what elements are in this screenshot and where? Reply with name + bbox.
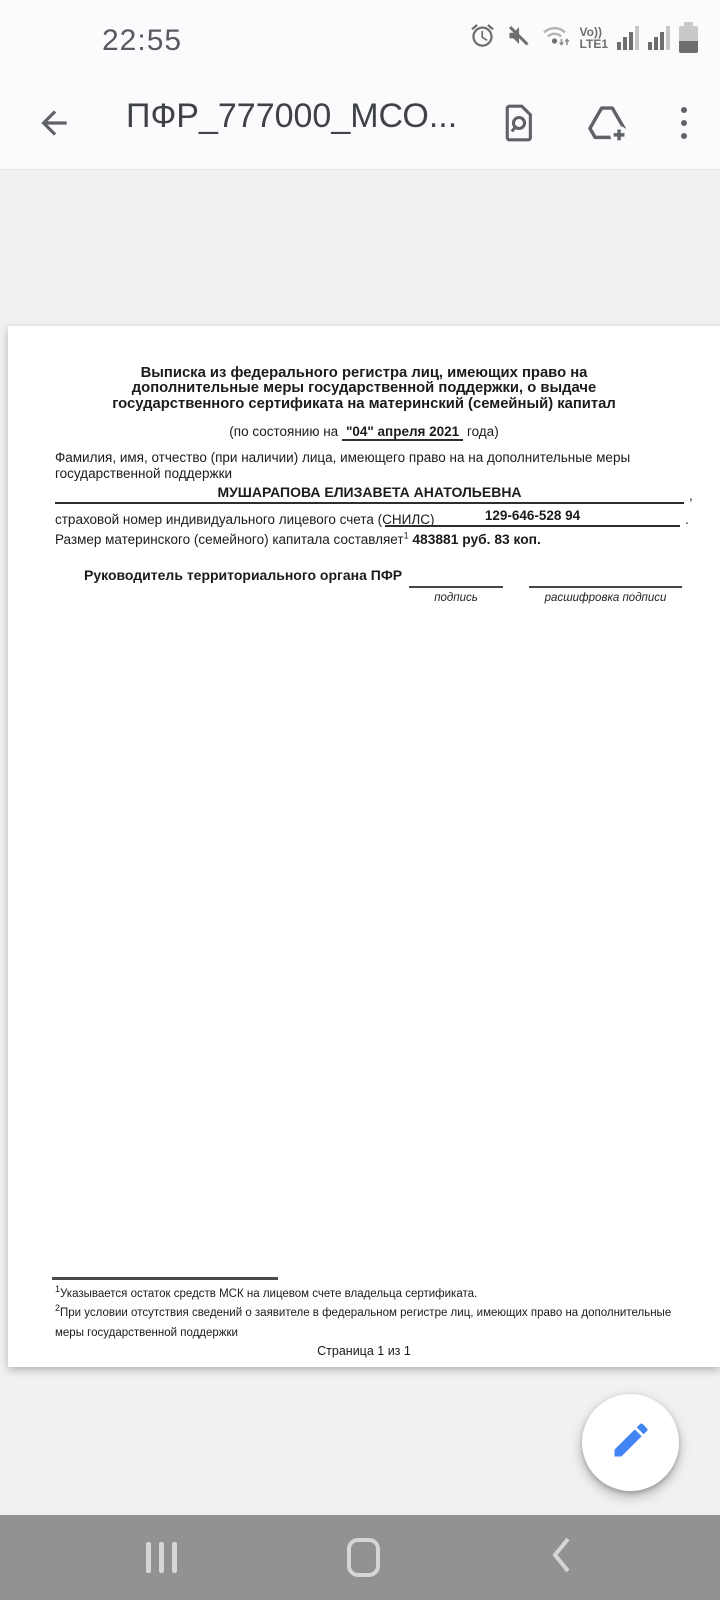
pdf-viewer-area[interactable]: Выписка из федерального регистра лиц, им… — [0, 171, 720, 1515]
doc-date-value: "04" апреля 2021 — [342, 424, 463, 441]
navigation-bar — [0, 1515, 720, 1600]
status-icons: Vo)) LTE1 — [469, 0, 698, 75]
snils-label: страховой номер индивидуального лицевого… — [55, 512, 434, 527]
back-button[interactable] — [517, 1515, 607, 1600]
signature-line: подпись — [409, 586, 503, 604]
fio-label: Фамилия, имя, отчество (при наличии) лиц… — [55, 450, 683, 481]
phone-screen: 22:55 Vo)) LTE1 — [0, 0, 720, 1600]
pencil-icon — [609, 1418, 653, 1467]
edit-fab-button[interactable] — [582, 1394, 679, 1491]
head-official-label: Руководитель территориального органа ПФР — [84, 567, 402, 583]
app-bar: ПФР_777000_МСО... — [0, 75, 720, 170]
footnote-1: 1Указывается остаток средств МСК на лице… — [55, 1284, 700, 1304]
overflow-menu-icon[interactable] — [652, 75, 716, 170]
signal-icon — [617, 25, 639, 50]
signal-icon — [648, 25, 670, 50]
capital-amount-value: 483881 руб. 83 коп. — [412, 532, 540, 547]
footnote-ref-1: 1 — [404, 531, 409, 541]
recents-button[interactable] — [116, 1515, 206, 1600]
status-bar: 22:55 Vo)) LTE1 — [0, 0, 720, 75]
doc-heading: Выписка из федерального регистра лиц, им… — [8, 366, 720, 412]
home-icon — [347, 1538, 380, 1577]
clock-time: 22:55 — [102, 24, 182, 58]
fio-punctuation: , — [689, 488, 693, 503]
footnote-divider — [52, 1277, 278, 1280]
footnote-2: 2При условии отсутствия сведений о заяви… — [55, 1303, 703, 1343]
doc-date-line: (по состоянию на "04" апреля 2021 года) — [8, 424, 720, 439]
back-icon — [547, 1535, 577, 1580]
snils-punctuation: . — [685, 512, 689, 527]
snils-value: 129-646-528 94 — [385, 508, 680, 527]
document-title: ПФР_777000_МСО... — [126, 97, 457, 136]
volte-indicator: Vo)) LTE1 — [580, 26, 608, 50]
page-counter: Страница 1 из 1 — [8, 1344, 720, 1358]
battery-icon — [679, 26, 698, 53]
alarm-icon — [469, 22, 496, 54]
add-to-drive-icon[interactable] — [575, 75, 639, 170]
home-button[interactable] — [318, 1515, 408, 1600]
signature-decryption-line: расшифровка подписи — [529, 586, 682, 604]
wifi-icon — [541, 22, 571, 54]
recents-icon — [146, 1542, 177, 1573]
pdf-page: Выписка из федерального регистра лиц, им… — [8, 326, 720, 1367]
capital-amount-line: Размер материнского (семейного) капитала… — [55, 532, 541, 547]
back-arrow-icon[interactable] — [22, 75, 86, 170]
mute-icon — [505, 22, 532, 54]
fio-value: МУШАРАПОВА ЕЛИЗАВЕТА АНАТОЛЬЕВНА — [55, 484, 684, 504]
find-in-page-icon[interactable] — [487, 75, 551, 170]
